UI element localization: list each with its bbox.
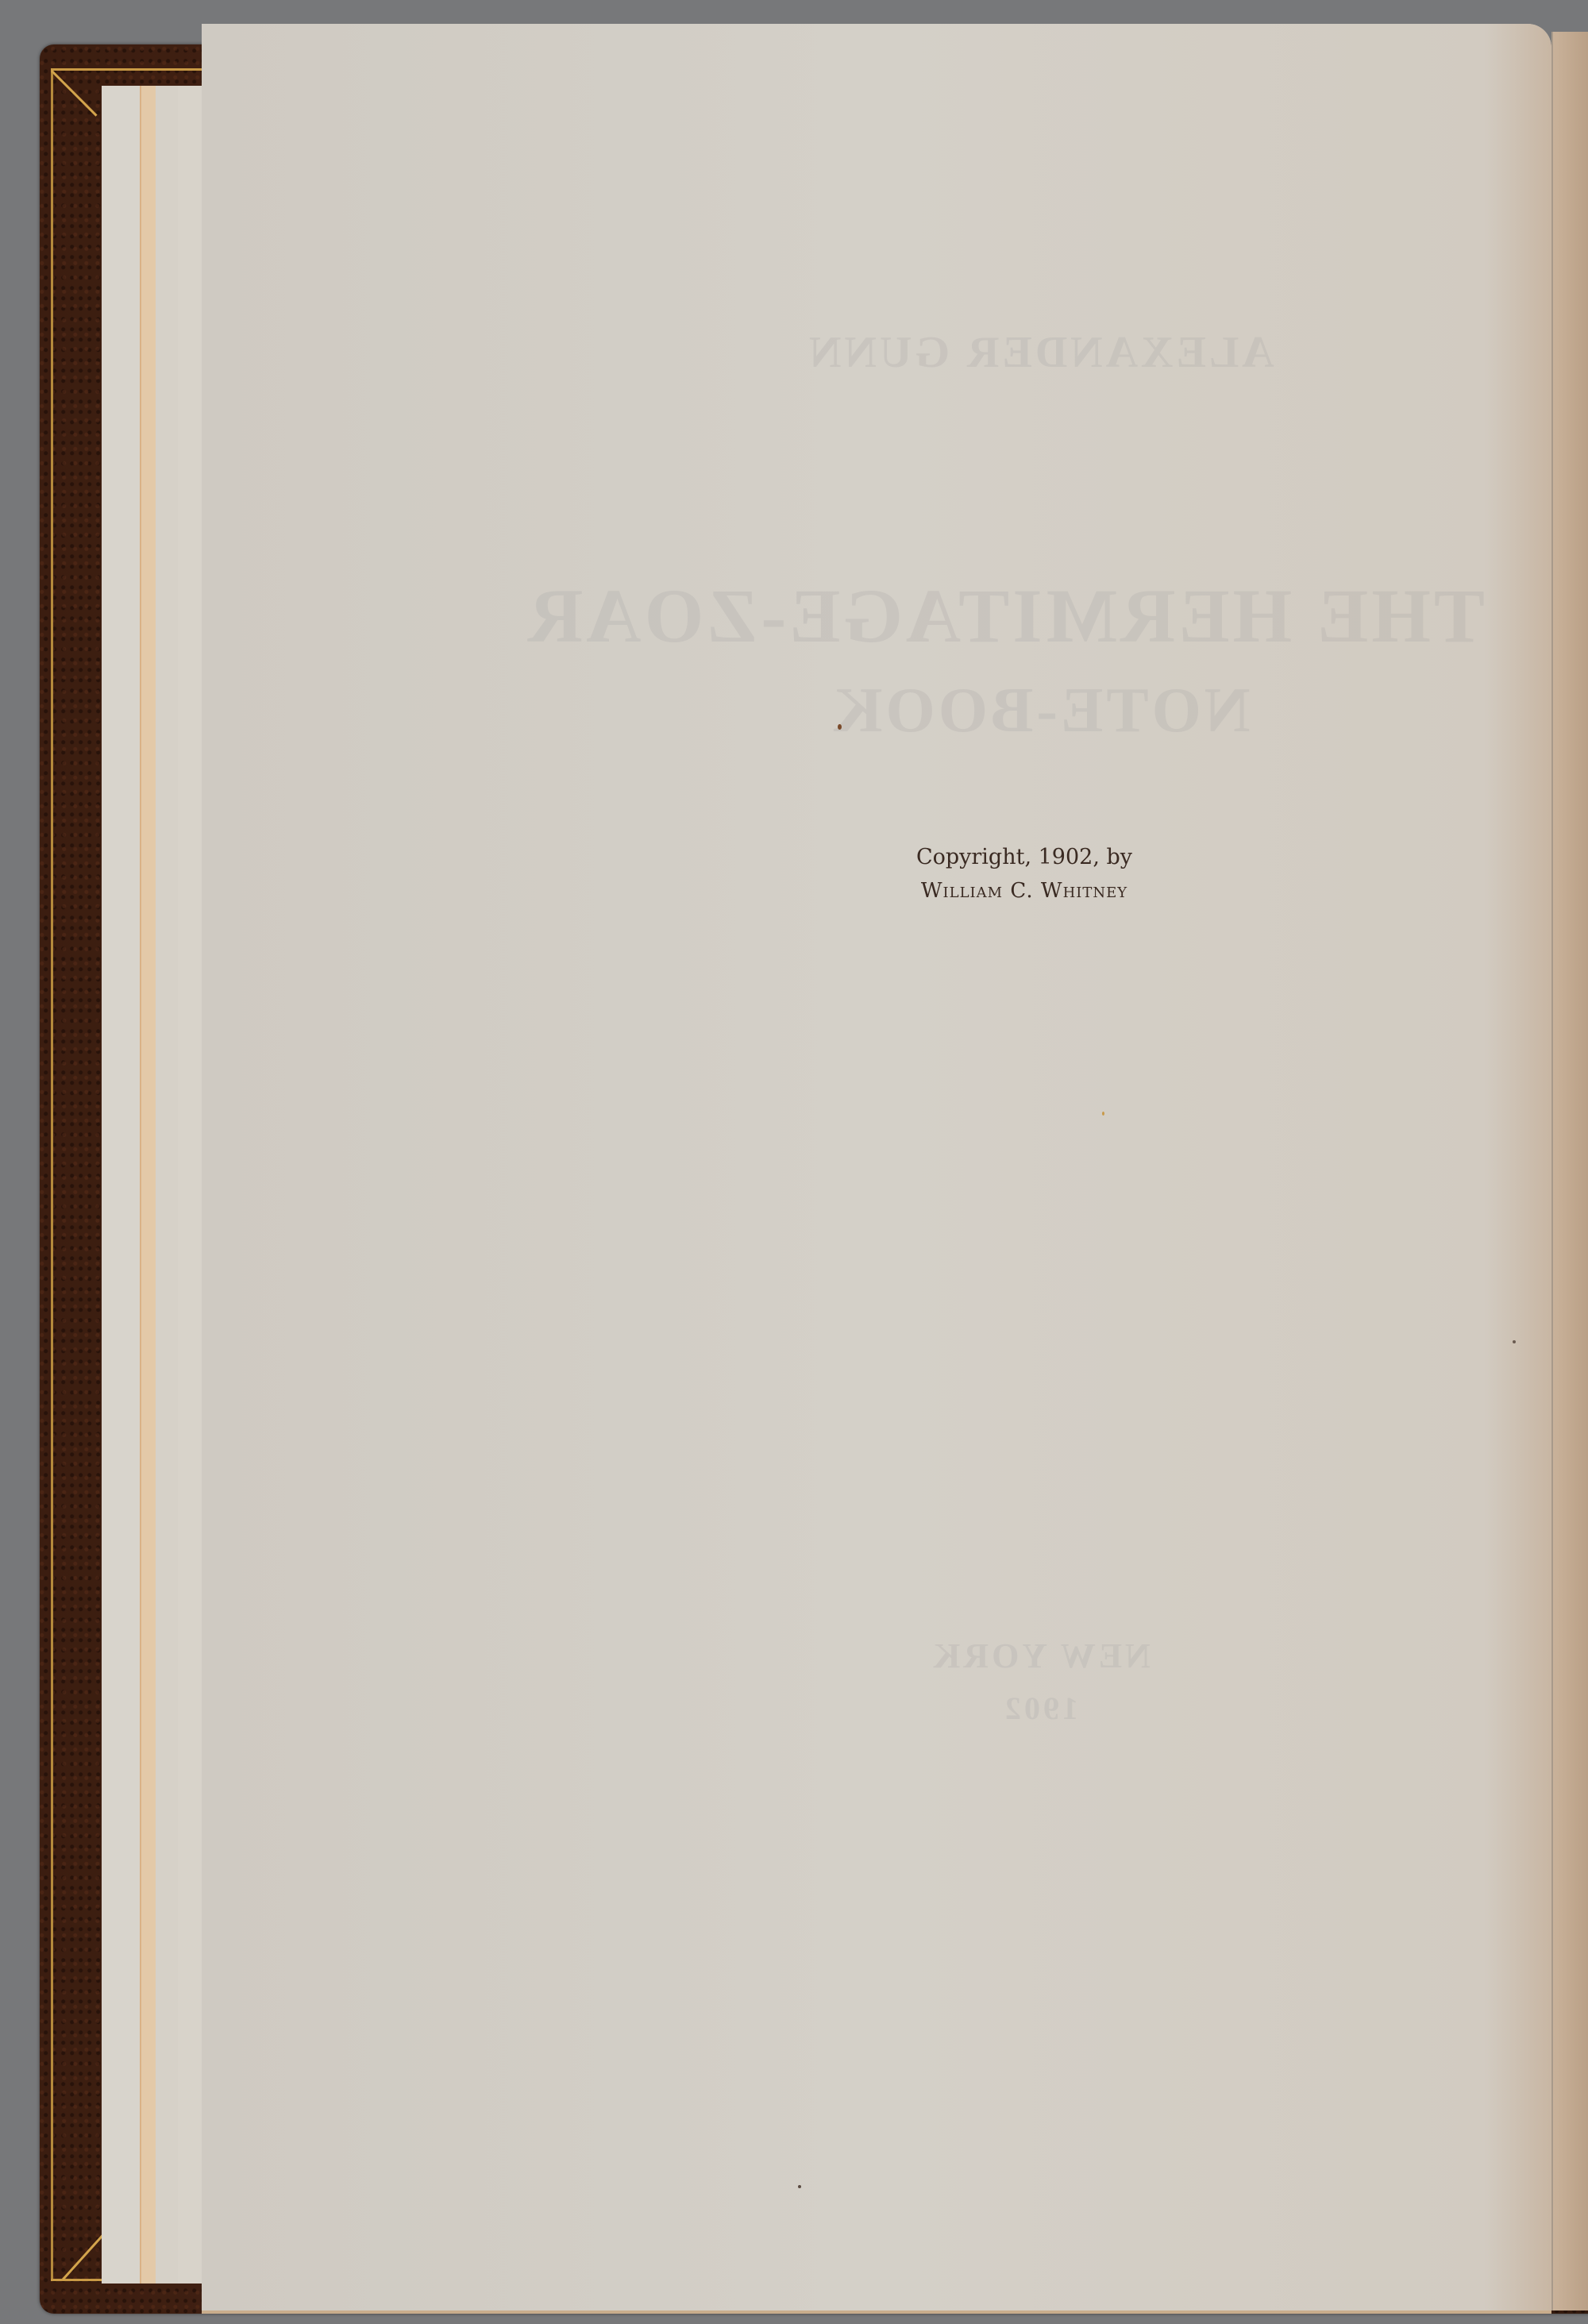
page-deckle-edge (178, 86, 204, 2284)
bleed-through-place: NEW YORK (921, 1636, 1159, 1676)
foxing-speck (1102, 1112, 1104, 1116)
foxing-speck (838, 724, 842, 730)
bleed-through-author: ALEXANDER GUNN (778, 327, 1302, 378)
foxing-speck (1513, 1340, 1516, 1343)
page-block-fore-edge (1551, 32, 1588, 2311)
bleed-through-title-1: THE HERMITAGE-ZOAR (588, 572, 1485, 660)
page-edge-strip (156, 86, 179, 2284)
foxing-speck (798, 2185, 801, 2188)
gold-fillet-vertical (51, 68, 53, 2280)
gold-fillet-top (51, 68, 202, 71)
bleed-through-year: 1902 (985, 1690, 1096, 1727)
copyright-notice: Copyright, 1902, by William C. Whitney (826, 840, 1223, 907)
page-edge-strip (102, 86, 142, 2284)
copyright-owner: William C. Whitney (826, 875, 1223, 907)
bleed-through-title-2: NOTE-BOOK (826, 675, 1255, 747)
copyright-line: Copyright, 1902, by (826, 840, 1223, 875)
page-edge-strip (140, 86, 157, 2284)
